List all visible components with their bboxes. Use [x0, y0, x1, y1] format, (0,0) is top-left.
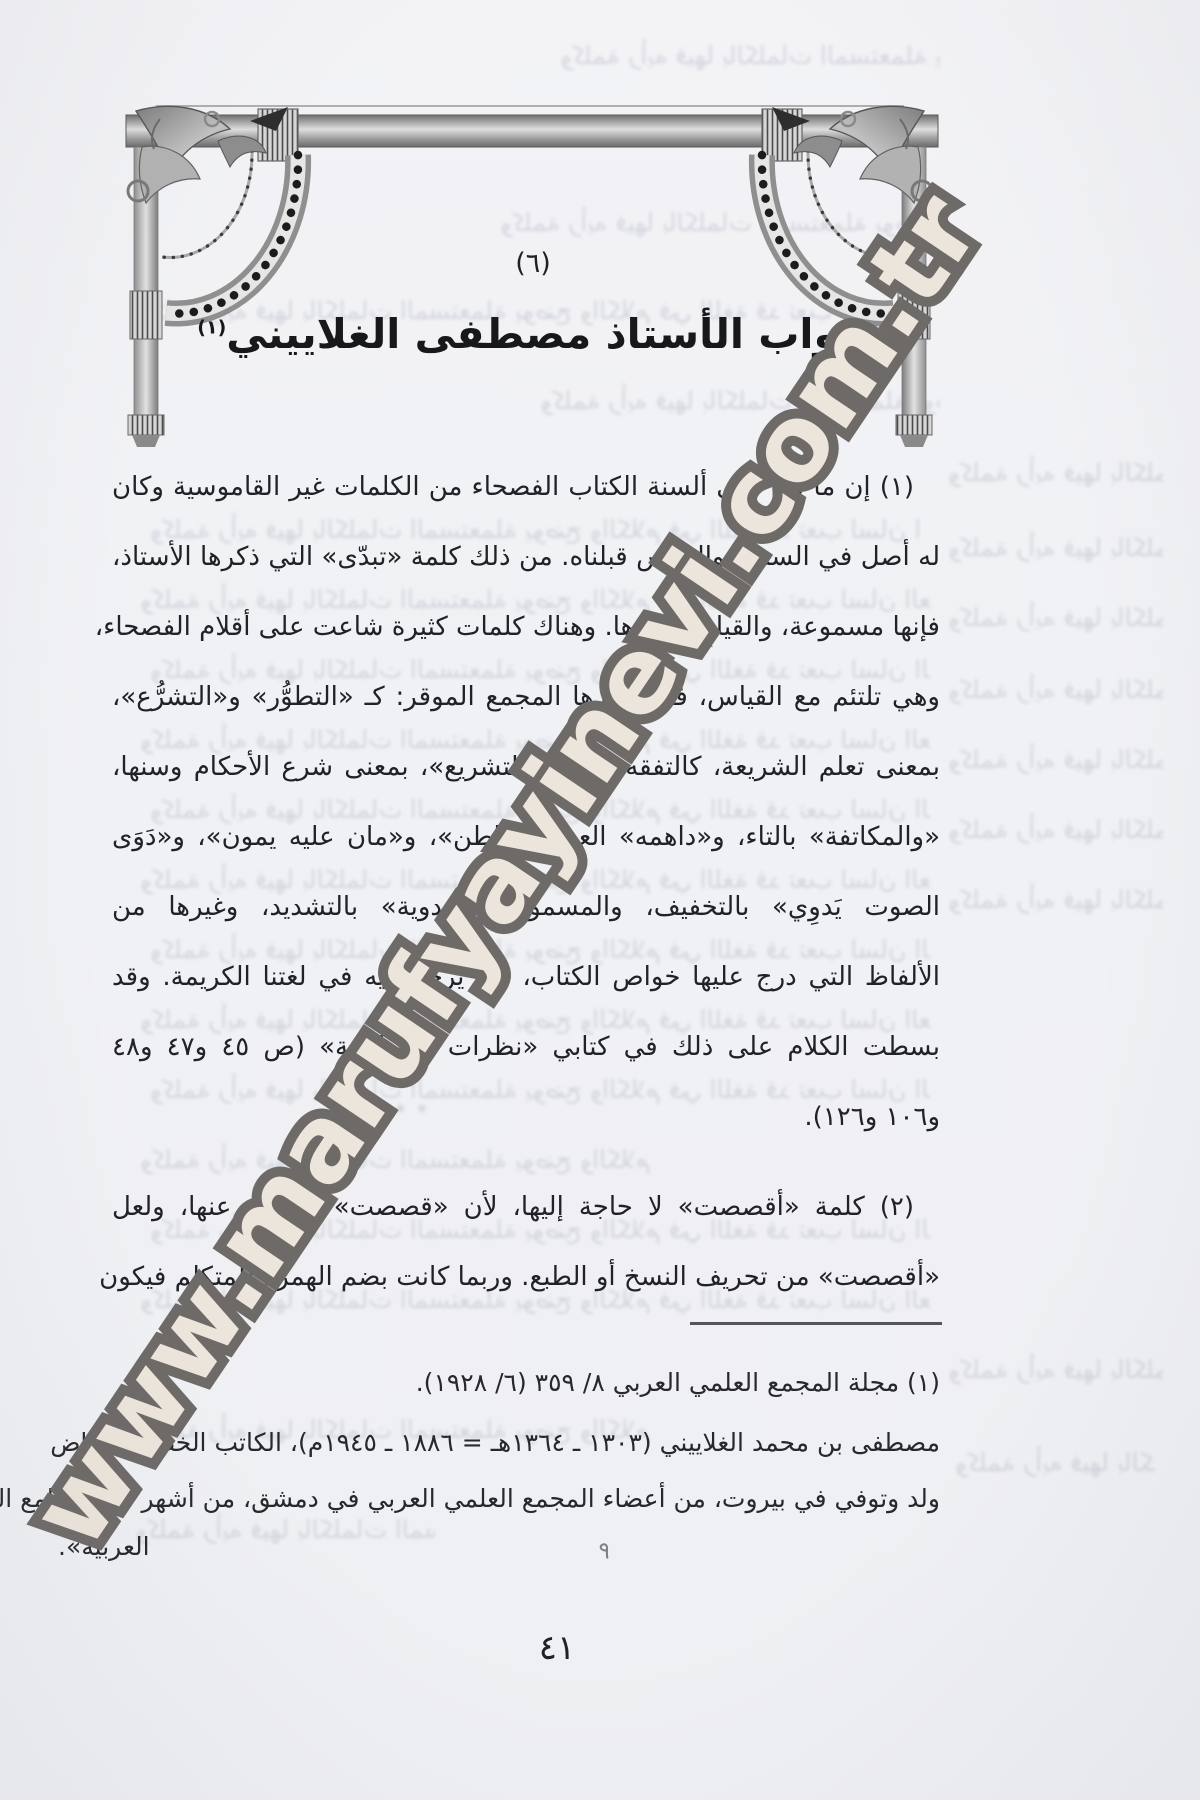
bleed-through-line: وكلمة رأيه فيها بالكلمات المستعملة يوضح … — [948, 600, 1163, 636]
bleed-through-line: وكلمة رأيه فيها بالكلمات المستعملة يوضح … — [948, 812, 1163, 848]
body-line: وهي تلتئم مع القياس، فقد أجازها المجمع ا… — [112, 662, 940, 732]
footnote-line: (١) مجلة المجمع العلمي العربي ٨/ ٣٥٩ (٦/… — [416, 1368, 940, 1397]
body-line: (١) إن ما يرد على ألسنة الكتاب الفصحاء م… — [112, 452, 940, 522]
bleed-through-line: وكلمة رأيه فيها بالكلمات المستعملة يوضح … — [948, 455, 1163, 491]
body-line: «والمكاتفة» بالتاء، و«داهمه» العدو «البا… — [112, 802, 940, 872]
page-title-text: جواب الأستاذ مصطفى الغلاييني — [226, 310, 868, 358]
footnote-line: العربية». — [58, 1532, 150, 1561]
body-line: «أقصصت» من تحريف النسخ أو الطبع. وربما ك… — [112, 1242, 940, 1312]
body-paragraph-2: (٢) كلمة «أقصصت» لا حاجة إليها، لأن «قصص… — [112, 1172, 940, 1312]
bleed-through-line: وكلمة رأيه فيها بالكلمات المستعملة يوضح … — [948, 672, 1163, 708]
body-line: الألفاظ التي درج عليها خواص الكتاب، وما … — [112, 942, 940, 1012]
title-footnote-reference: (١) — [197, 316, 226, 338]
footnote-line: مصطفى بن محمد الغلاييني (١٣٠٣ ـ ١٣٦٤هـ =… — [50, 1428, 940, 1457]
page-number: ٤١ — [512, 1628, 602, 1668]
body-line: (٢) كلمة «أقصصت» لا حاجة إليها، لأن «قصص… — [112, 1172, 940, 1242]
body-line: بسطت الكلام على ذلك في كتابي «نظرات في ا… — [112, 1012, 940, 1082]
body-line: فإنها مسموعة، والقياس يؤيدها. وهناك كلما… — [112, 592, 940, 662]
footnote-separator-rule — [690, 1322, 942, 1325]
bleed-through-line: وكلمة رأيه فيها بالكلمات المستعملة يوضح … — [560, 38, 940, 74]
section-number: (٦) — [118, 248, 948, 279]
page-title: جواب الأستاذ مصطفى الغلاييني(١) — [118, 310, 948, 358]
body-line: له أصل في السماع والقياس قبلناه. من ذلك … — [112, 522, 940, 592]
bleed-through-line: وكلمة رأيه فيها بالكلمات المستعملة يوضح … — [948, 882, 1163, 918]
body-line: بمعنى تعلم الشريعة، كالتفقه فيها، و«التش… — [112, 732, 940, 802]
footnote-line: ولد وتوفي في بيروت، من أعضاء المجمع العل… — [0, 1484, 940, 1513]
bleed-through-line: وكلمة رأيه فيها بالكلمات المستعملة يوضح … — [135, 1512, 435, 1548]
body-paragraph-1: (١) إن ما يرد على ألسنة الكتاب الفصحاء م… — [112, 452, 940, 1152]
bleed-through-line: وكلمة رأيه فيها بالكلمات المستعملة يوضح … — [948, 530, 1163, 566]
bleed-through-line: وكلمة رأيه فيها بالكلمات المستعملة يوضح … — [955, 1445, 1155, 1481]
body-line: الصوت يَدوِي» بالتخفيف، والمسموع «المدوي… — [112, 872, 940, 942]
stray-pen-mark: ٩ — [596, 1537, 612, 1564]
bleed-through-line: وكلمة رأيه فيها بالكلمات المستعملة يوضح … — [948, 1352, 1163, 1388]
body-line: و١٠٦ و١٢٦). — [112, 1082, 940, 1152]
bleed-through-line: وكلمة رأيه فيها بالكلمات المستعملة يوضح … — [948, 742, 1163, 778]
scanned-book-page: (٦) جواب الأستاذ مصطفى الغلاييني(١) (١) … — [0, 0, 1200, 1800]
